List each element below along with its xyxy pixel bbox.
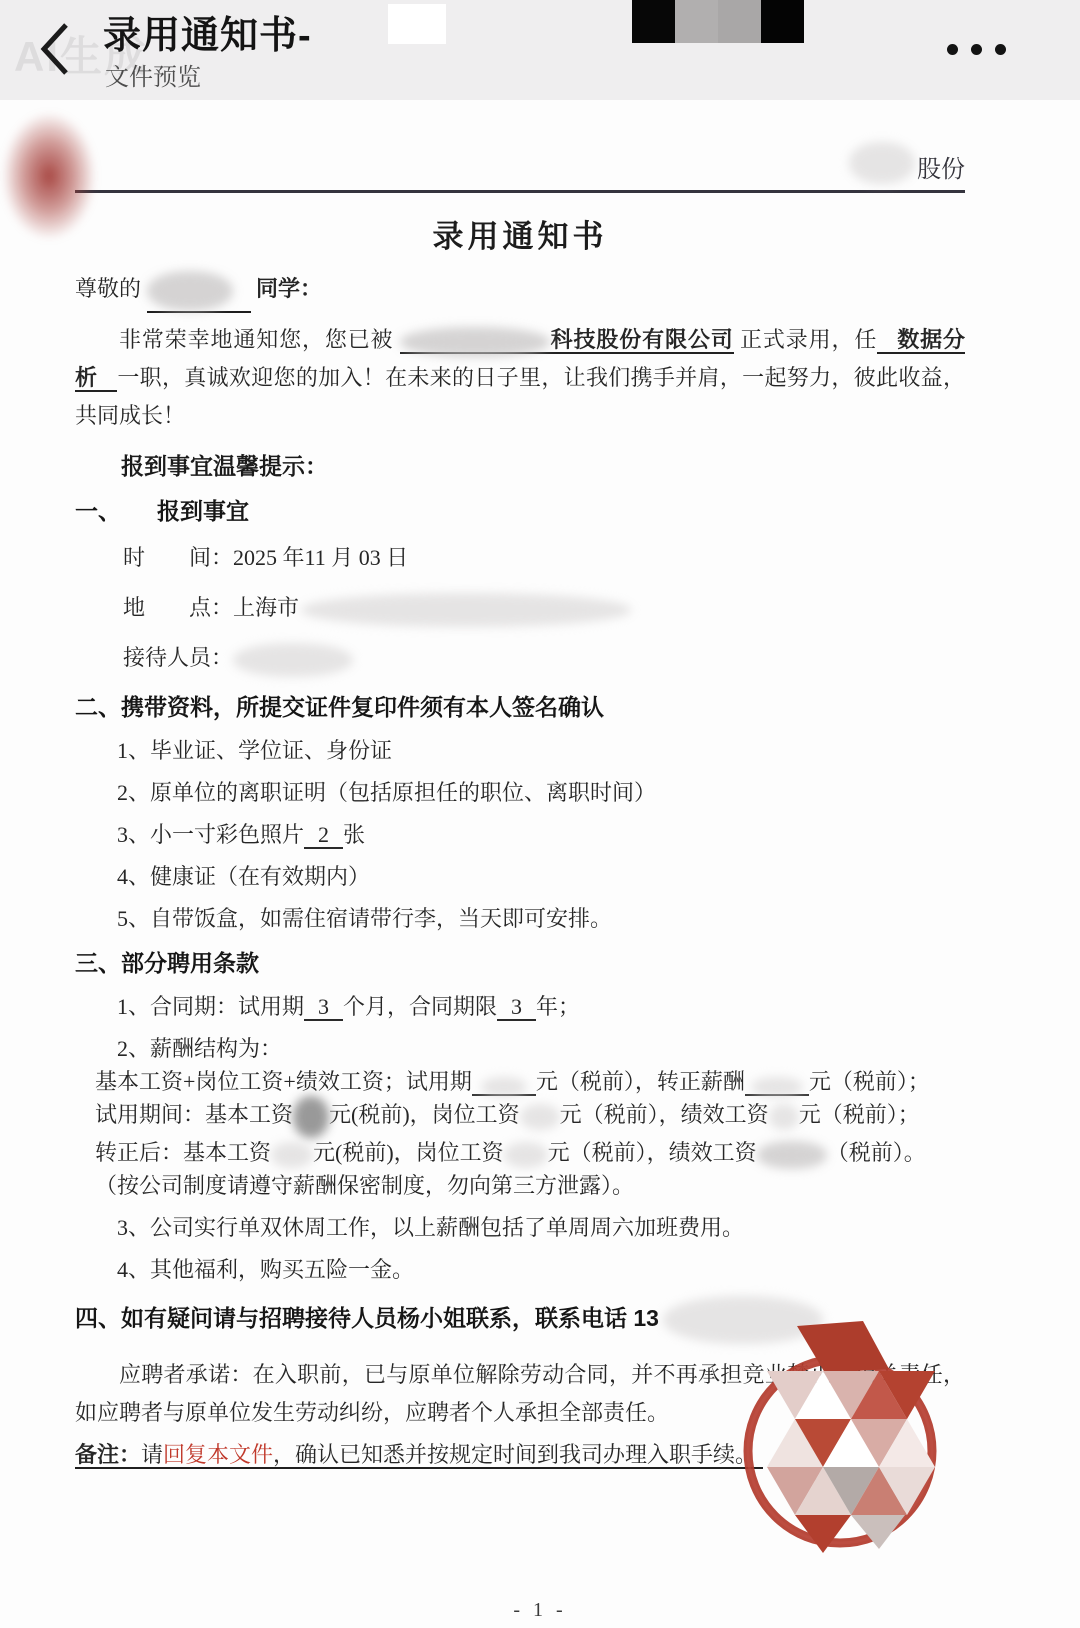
section4-number: 四、: [75, 1305, 121, 1331]
chevron-left-icon: [34, 20, 78, 78]
redacted-amount-blob: [481, 1077, 527, 1097]
pay2-a: 试用期间：基本工资: [95, 1102, 293, 1127]
contract-years: 3: [497, 994, 536, 1021]
ellipsis-dot: [971, 44, 982, 55]
document-masthead: 股份: [75, 100, 965, 184]
term1-suffix: 年；: [536, 994, 580, 1019]
tips-heading: 报到事宜温馨提示：: [75, 451, 965, 481]
redacted-contact-blob: [233, 643, 353, 677]
document-title: 录用通知书: [75, 217, 965, 257]
note-suffix: ，确认已知悉并按规定时间到我司办理入职手续。: [273, 1442, 757, 1467]
back-button[interactable]: [34, 20, 78, 78]
intro-tail: 一职，真诚欢迎您的加入！在未来的日子里，让我们携手并肩，一起努力，彼此收益，共同…: [75, 365, 965, 428]
preview-label: 文件预览: [105, 57, 201, 92]
redacted-amount-blob: [769, 1104, 799, 1130]
redacted-logo-blob: [2, 112, 96, 240]
report-time-line: 时 间：2025 年11 月 03 日: [123, 543, 965, 573]
photo-count: 2: [304, 822, 343, 849]
report-place-line: 地 点：上海市: [123, 593, 965, 627]
time-label: 时 间：: [123, 545, 233, 570]
term1-prefix: 1、合同期：试用期: [117, 994, 304, 1019]
title-redaction-box: [388, 4, 446, 44]
redacted-name-underline: [147, 271, 251, 313]
section3-title: 部分聘用条款: [121, 950, 259, 976]
intro-lead: 非常荣幸地通知您，您已被: [119, 327, 400, 352]
list-item: 1、毕业证、学位证、身份证: [117, 737, 965, 765]
redaction-square: [675, 0, 718, 43]
redacted-amount-blob: [271, 1142, 313, 1168]
intro-paragraph: 非常荣幸地通知您，您已被 科技股份有限公司 正式录用，任数据分析一职，真诚欢迎您…: [75, 321, 965, 435]
section1-title: 报到事宜: [157, 498, 249, 524]
redaction-square: [632, 0, 675, 43]
receptionist-line: 接待人员：: [123, 643, 965, 677]
company-seal-image: [735, 1293, 945, 1553]
pay3-c: 元（税前），绩效工资: [548, 1140, 757, 1165]
reply-file-link[interactable]: 回复本文件: [163, 1442, 273, 1467]
note-label: 备注：: [75, 1442, 141, 1467]
redacted-address-blob: [301, 593, 631, 627]
salary-line-2: 试用期间：基本工资元(税前)，岗位工资元（税前），绩效工资元（税前）；: [95, 1096, 965, 1138]
pay1-b: 元（税前），转正薪酬: [536, 1069, 745, 1094]
redacted-amount-blob: [757, 1141, 827, 1169]
document-page: 股份 录用通知书 尊敬的 同学： 非常荣幸地通知您，您已被 科技股份有限公司 正…: [0, 100, 1080, 1628]
section3-number: 三、: [75, 950, 121, 976]
pay2-c: 元（税前），绩效工资: [560, 1102, 769, 1127]
redacted-company-prefix: [849, 142, 915, 184]
redacted-company-blob: [400, 327, 550, 357]
redacted-amount-blob: [293, 1096, 329, 1138]
note-pre: 请: [141, 1442, 163, 1467]
header-redaction-block: [632, 0, 804, 43]
masthead-rule: [75, 190, 965, 193]
probation-months: 3: [304, 994, 343, 1021]
list-item: 2、原单位的离职证明（包括原担任的职位、离职时间）: [117, 779, 965, 807]
company-name-bold: 科技股份有限公司: [550, 327, 734, 352]
work-week-term: 3、公司实行单双休周工作，以上薪酬包括了单周周六加班费用。: [117, 1214, 965, 1242]
pay3-a: 转正后：基本工资: [95, 1140, 271, 1165]
probation-salary-blank: [472, 1070, 536, 1096]
item3-suffix: 张: [343, 822, 365, 847]
app-header: AI生成 录用通知书- 文件预览: [0, 0, 1080, 100]
salary-line-1: 基本工资+岗位工资+绩效工资；试用期元（税前），转正薪酬元（税前）；: [95, 1067, 965, 1096]
intro-mid: 正式录用，任: [734, 327, 878, 352]
term1-mid: 个月，合同期限: [343, 994, 497, 1019]
contract-term-line: 1、合同期：试用期3个月，合同期限3年；: [117, 993, 965, 1021]
salary-line-3: 转正后：基本工资元(税前)，岗位工资元（税前），绩效工资（税前）。: [95, 1138, 965, 1169]
pay1-c: 元（税前）；: [809, 1069, 930, 1094]
section1-heading: 一、报到事宜: [75, 495, 965, 527]
ellipsis-dot: [947, 44, 958, 55]
redacted-amount-blob: [520, 1104, 560, 1130]
pay2-d: 元（税前）；: [799, 1102, 920, 1127]
file-title: 录用通知书-: [103, 4, 312, 59]
list-item: 4、健康证（在有效期内）: [117, 863, 965, 891]
section2-number: 二、: [75, 694, 121, 720]
regular-salary-blank: [745, 1070, 809, 1096]
salary-structure-label: 2、薪酬结构为：: [117, 1035, 965, 1063]
place-label: 地 点：: [123, 595, 233, 620]
section3-heading: 三、部分聘用条款: [75, 947, 965, 979]
note-underlined: 备注：请回复本文件，确认已知悉并按规定时间到我司办理入职手续。: [75, 1442, 763, 1469]
section1-number: 一、: [75, 498, 121, 524]
list-item: 3、小一寸彩色照片2张: [117, 821, 965, 849]
redaction-square: [718, 0, 761, 43]
contact-label: 接待人员：: [123, 645, 233, 670]
pay1-a: 基本工资+岗位工资+绩效工资；试用期: [95, 1069, 472, 1094]
list-item: 5、自带饭盒，如需住宿请带行李，当天即可安排。: [117, 905, 965, 933]
masthead-company-suffix: 股份: [917, 149, 965, 184]
place-value: 上海市: [233, 595, 299, 620]
pay3-b: 元(税前)，岗位工资: [313, 1140, 504, 1165]
company-seal-icon: [735, 1293, 945, 1553]
secrecy-note: （按公司制度请遵守薪酬保密制度，勿向第三方泄露）。: [95, 1171, 965, 1200]
company-underlined: 科技股份有限公司: [400, 327, 734, 354]
pay3-d: （税前）。: [827, 1140, 926, 1165]
more-menu-button[interactable]: [943, 40, 1010, 59]
item3-prefix: 3、小一寸彩色照片: [117, 822, 304, 847]
greeting-prefix: 尊敬的: [75, 276, 141, 301]
greeting-line: 尊敬的 同学：: [75, 271, 965, 313]
redaction-square: [761, 0, 804, 43]
benefits-term: 4、其他福利，购买五险一金。: [117, 1256, 965, 1284]
section4-title: 如有疑问请与招聘接待人员杨小姐联系，联系电话 13: [121, 1305, 659, 1331]
time-value: 2025 年11 月 03 日: [233, 545, 408, 570]
pay2-b: 元(税前)，岗位工资: [329, 1102, 520, 1127]
ellipsis-dot: [995, 44, 1006, 55]
redacted-name-blob: [147, 271, 233, 311]
page-number: - 1 -: [0, 1599, 1080, 1622]
redacted-amount-blob: [751, 1077, 803, 1097]
section2-heading: 二、携带资料，所提交证件复印件须有本人签名确认: [75, 691, 965, 723]
redacted-amount-blob: [504, 1142, 548, 1168]
section2-title: 携带资料，所提交证件复印件须有本人签名确认: [121, 694, 604, 720]
greeting-suffix: 同学：: [256, 276, 322, 301]
